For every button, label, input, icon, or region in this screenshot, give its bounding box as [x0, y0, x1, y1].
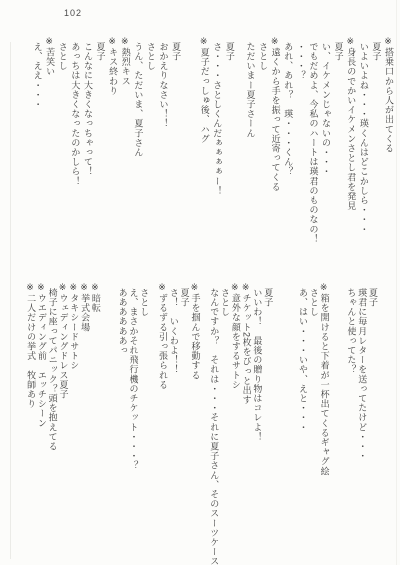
stage-direction: ※意外な顔をするサトシ	[230, 283, 241, 561]
stage-direction: ※ウェディングドレス夏子	[58, 283, 69, 561]
dialogue-line: うん、ただいま、夏子さん	[132, 37, 145, 239]
column-gap	[190, 37, 198, 239]
dialogue-line: え、ええ・・・	[31, 37, 44, 239]
dialogue-line: あれ、あれ？ 瑛・・・くん？	[282, 37, 295, 239]
speaker-name: 夏子	[262, 283, 273, 561]
column-gap	[200, 283, 208, 561]
dialogue-line: さ！ いくわよ！！	[168, 283, 179, 561]
stage-direction: ※挙式会場	[79, 283, 90, 561]
dialogue-line: い、イケメンじゃないの・・・	[319, 37, 332, 239]
column-gap	[330, 283, 338, 561]
column-gap	[101, 283, 109, 561]
stage-direction: ※チケット2枚をびっと出す	[241, 283, 252, 561]
dialogue-line: え、まさかそれ飛行機のチケット・・・？	[128, 283, 139, 561]
page-number: 102	[64, 8, 82, 18]
speaker-name: さとし	[144, 37, 157, 239]
speaker-name: 夏子	[170, 37, 183, 239]
dialogue-line: さ・・・さとしくんだぁぁぁぁー！	[211, 37, 224, 239]
speaker-name: さとし	[308, 283, 319, 561]
dialogue-line: いよいよね・・・瑛くんはどこかしら・・・	[357, 37, 370, 239]
column-gap	[289, 283, 297, 561]
dialogue-line: いいわ！ 最後の贈り物はコレよ！	[252, 283, 263, 561]
column-gap	[273, 283, 281, 561]
stage-direction: ※苦笑い	[44, 37, 57, 239]
stage-direction: ※身長のでかいイケメンさとし君を発見	[345, 37, 358, 239]
stage-direction: ※二人だけの挙式 牧師あり	[25, 283, 36, 561]
column-gap	[236, 37, 244, 239]
column-gap	[281, 283, 289, 561]
column-gap	[149, 283, 157, 561]
stage-direction: ※ウエディング前 エッチシーン	[36, 283, 47, 561]
dialogue-line: あ、はい・・・いや、えと・・・	[297, 283, 308, 561]
dialogue-line: こんなに大きくなっちゃって！	[81, 37, 94, 239]
stage-direction: ※搭乗口から人が出てくる	[382, 37, 395, 239]
column-gap	[182, 37, 190, 239]
stage-direction: ※キス終わり	[107, 37, 120, 239]
stage-direction: ※箱を開けると下着が一杯出てくるギャグ絵	[319, 283, 330, 561]
dialogue-line: おかえりなさい！！	[157, 37, 170, 239]
stage-direction: ※暗転	[90, 283, 101, 561]
stage-direction: ※夏子だっしゅ後、ハグ	[198, 37, 211, 239]
script-block-top: ※搭乗口から人が出てくる夏子いよいよね・・・瑛くんはどこかしら・・・※身長のでか…	[31, 37, 395, 239]
dialogue-line: なんですか？ それは・・・それに夏子さん、そのスーツケースは・・・	[208, 283, 219, 561]
stage-direction: ※遠くから手を振って近寄ってくる	[269, 37, 282, 239]
speaker-name: 夏子	[370, 37, 383, 239]
script-page: 102 ※搭乗口から人が出てくる夏子いよいよね・・・瑛くんはどこかしら・・・※身…	[0, 0, 400, 565]
speaker-name: 夏子	[179, 283, 190, 561]
speaker-name: さとし	[219, 283, 230, 561]
dialogue-line: ちゃんと使ってた？	[346, 283, 357, 561]
page-edge-line-right	[396, 0, 397, 565]
dialogue-line: 瑛君に毎月レターを送ってたけど・・・	[356, 283, 367, 561]
speaker-name: 夏子	[223, 37, 236, 239]
page-edge-line-left	[10, 42, 11, 559]
dialogue-line: ・・・？	[294, 37, 307, 239]
speaker-name: さとし	[138, 283, 149, 561]
stage-direction: ※タキシードサトシ	[68, 283, 79, 561]
stage-direction: ※手を掴んで移動する	[190, 283, 201, 561]
speaker-name: さとし	[256, 37, 269, 239]
stage-direction: ※ずるずる引っ張られる	[157, 283, 168, 561]
dialogue-line: あっちは大きくなったのかしら！	[69, 37, 82, 239]
speaker-name: 夏子	[367, 283, 378, 561]
script-block-bottom: 夏子瑛君に毎月レターを送ってたけど・・・ちゃんと使ってた？※箱を開けると下着が一…	[25, 283, 378, 561]
speaker-name: さとし	[56, 37, 69, 239]
dialogue-line: でもだめよ、今私のハートは瑛君のものなの！	[307, 37, 320, 239]
speaker-name: 夏子	[332, 37, 345, 239]
stage-direction: ※熱烈キス	[119, 37, 132, 239]
column-gap	[338, 283, 346, 561]
column-gap	[109, 283, 117, 561]
dialogue-line: ただいまー夏子さーん	[244, 37, 257, 239]
dialogue-line: 椅子に座ってパニック？頭を抱えてる	[47, 283, 58, 561]
speaker-name: 夏子	[94, 37, 107, 239]
dialogue-line: ああああああっ	[117, 283, 128, 561]
